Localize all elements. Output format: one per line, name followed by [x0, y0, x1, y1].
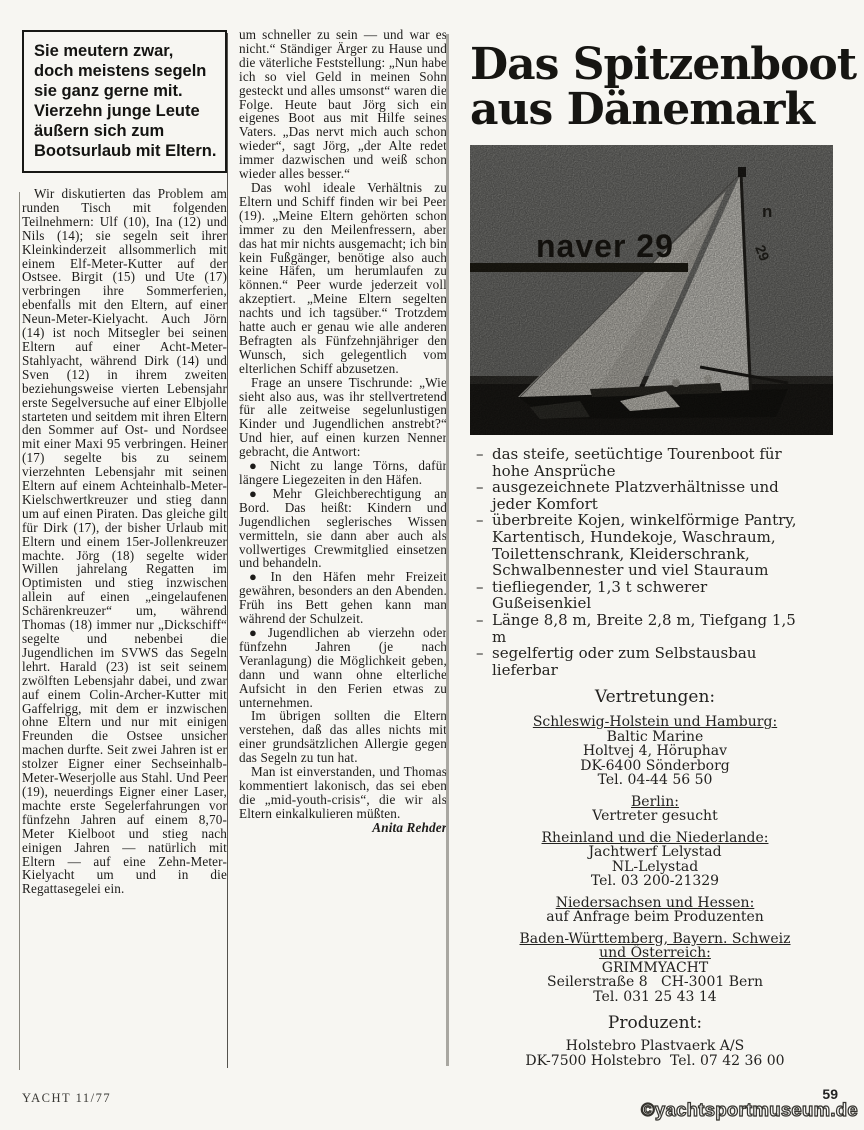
paragraph: Im übrigen sollten die Eltern verstehen,…: [239, 709, 447, 765]
photo-grain-overlay: [470, 145, 833, 435]
rep-block: Berlin: Vertreter gesucht: [470, 795, 840, 824]
bullet-text: Jugendlichen ab vierzehn oder fünfzehn J…: [239, 625, 447, 710]
feature-item: –segelfertig oder zum Selbstausbau liefe…: [476, 645, 808, 678]
dash-marker: –: [476, 645, 492, 662]
feature-text: tiefliegender, 1,3 t schwerer Gußeisenki…: [492, 578, 707, 613]
ad-contacts: Vertretungen: Schleswig-Holstein und Ham…: [470, 687, 840, 1068]
article-column-1: Sie meutern zwar, doch meistens segeln s…: [22, 30, 227, 896]
paragraph: Wir diskutierten das Problem am runden T…: [22, 187, 227, 896]
sailboat-image: n 29 naver 29: [470, 145, 833, 435]
paragraph: Frage an unsere Tischrunde: „Wie sieht a…: [239, 376, 447, 459]
bullet-icon: ●: [249, 486, 267, 501]
producer-line: DK-7500 Holstebro Tel. 07 42 36 00: [470, 1054, 840, 1069]
paragraph: Das wohl ideale Verhältnis zu Eltern und…: [239, 181, 447, 376]
rep-line: auf Anfrage beim Produzenten: [470, 910, 840, 925]
rep-block: Baden-Württemberg, Bayern. Schweiz und Ö…: [470, 932, 840, 1005]
article-column-2: um schneller zu sein — und war es nicht.…: [239, 28, 447, 835]
dash-marker: –: [476, 512, 492, 529]
column1-text: Wir diskutierten das Problem am runden T…: [22, 187, 227, 896]
producer-heading: Produzent:: [470, 1013, 840, 1033]
magazine-issue-label: YACHT 11/77: [22, 1091, 111, 1106]
feature-text: überbreite Kojen, winkelförmige Pantry, …: [492, 511, 797, 579]
column-divider-2: [446, 34, 449, 1066]
feature-text: segelfertig oder zum Selbstausbau liefer…: [492, 644, 756, 679]
ad-headline-line2: aus Dänemark: [470, 87, 858, 132]
feature-item: –ausgezeichnete Platzverhältnisse und je…: [476, 479, 808, 512]
rep-region: Baden-Württemberg, Bayern. Schweiz und Ö…: [519, 931, 790, 962]
column-divider-1: [227, 33, 228, 1068]
bullet-text: Nicht zu lange Törns, dafür längere Lieg…: [239, 458, 447, 487]
feature-item: –tiefliegender, 1,3 t schwerer Gußeisenk…: [476, 579, 808, 612]
rep-line: GRIMMYACHT: [470, 961, 840, 976]
ad-headline-line1: Das Spitzenboot: [470, 42, 858, 87]
contacts-heading: Vertretungen:: [470, 687, 840, 707]
rep-line: NL-Lelystad: [470, 860, 840, 875]
rep-line: Seilerstraße 8 CH-3001 Bern: [470, 975, 840, 990]
ad-feature-list: –das steife, seetüchtige Tourenboot für …: [476, 446, 808, 678]
ad-headline: Das Spitzenboot aus Dänemark: [470, 42, 858, 132]
dash-marker: –: [476, 579, 492, 596]
rep-line: Jachtwerf Lelystad: [470, 845, 840, 860]
article-intro-box: Sie meutern zwar, doch meistens segeln s…: [22, 30, 227, 173]
dash-marker: –: [476, 479, 492, 496]
bullet-paragraph: ●Mehr Gleichberechtigung an Bord. Das he…: [239, 487, 447, 570]
dash-marker: –: [476, 446, 492, 463]
feature-item: –überbreite Kojen, winkelförmige Pantry,…: [476, 512, 808, 578]
author-byline: Anita Rehder: [360, 821, 447, 835]
rep-block: Schleswig-Holstein und Hamburg: Baltic M…: [470, 715, 840, 788]
rep-line: Vertreter gesucht: [470, 809, 840, 824]
feature-text: Länge 8,8 m, Breite 2,8 m, Tiefgang 1,5 …: [492, 611, 796, 646]
rep-block: Rheinland und die Niederlande: Jachtwerf…: [470, 831, 840, 889]
advertisement: Das Spitzenboot aus Dänemark: [470, 0, 858, 1068]
boat-photo: n 29 naver 29: [470, 145, 833, 435]
rep-block: Niedersachsen und Hessen: auf Anfrage be…: [470, 896, 840, 925]
rep-line: DK-6400 Sönderborg: [470, 759, 840, 774]
rep-line: Holtvej 4, Höruphav: [470, 744, 840, 759]
feature-item: –Länge 8,8 m, Breite 2,8 m, Tiefgang 1,5…: [476, 612, 808, 645]
closing-paragraph: Man ist einverstanden, und Thomas kommen…: [239, 765, 447, 821]
rep-region: Schleswig-Holstein und Hamburg:: [533, 714, 777, 730]
left-margin-rule: [19, 192, 20, 1070]
bullet-paragraph: ●Jugendlichen ab vierzehn oder fünfzehn …: [239, 626, 447, 709]
dash-marker: –: [476, 612, 492, 629]
watermark: ©yachtsportmuseum.de: [560, 1099, 858, 1121]
paragraph-text: Man ist einverstanden, und Thomas kommen…: [239, 764, 447, 821]
feature-text: ausgezeichnete Platzverhältnisse und jed…: [492, 478, 779, 513]
bullet-icon: ●: [249, 625, 262, 640]
bullet-icon: ●: [249, 458, 264, 473]
bullet-text: In den Häfen mehr Freizeit gewähren, bes…: [239, 569, 447, 626]
rep-line: Tel. 04-44 56 50: [470, 773, 840, 788]
rep-line: Tel. 031 25 43 14: [470, 990, 840, 1005]
producer-line: Holstebro Plastvaerk A/S: [470, 1039, 840, 1054]
article-intro-text: Sie meutern zwar, doch meistens segeln s…: [34, 42, 216, 160]
bullet-icon: ●: [249, 569, 264, 584]
feature-text: das steife, seetüchtige Tourenboot für h…: [492, 445, 782, 480]
rep-line: Tel. 03 200-21329: [470, 874, 840, 889]
rep-line: Baltic Marine: [470, 730, 840, 745]
feature-item: –das steife, seetüchtige Tourenboot für …: [476, 446, 808, 479]
bullet-paragraph: ●Nicht zu lange Törns, dafür längere Lie…: [239, 459, 447, 487]
paragraph: um schneller zu sein — und war es nicht.…: [239, 28, 447, 181]
bullet-paragraph: ●In den Häfen mehr Freizeit gewähren, be…: [239, 570, 447, 626]
bullet-text: Mehr Gleichberechtigung an Bord. Das hei…: [239, 486, 447, 571]
